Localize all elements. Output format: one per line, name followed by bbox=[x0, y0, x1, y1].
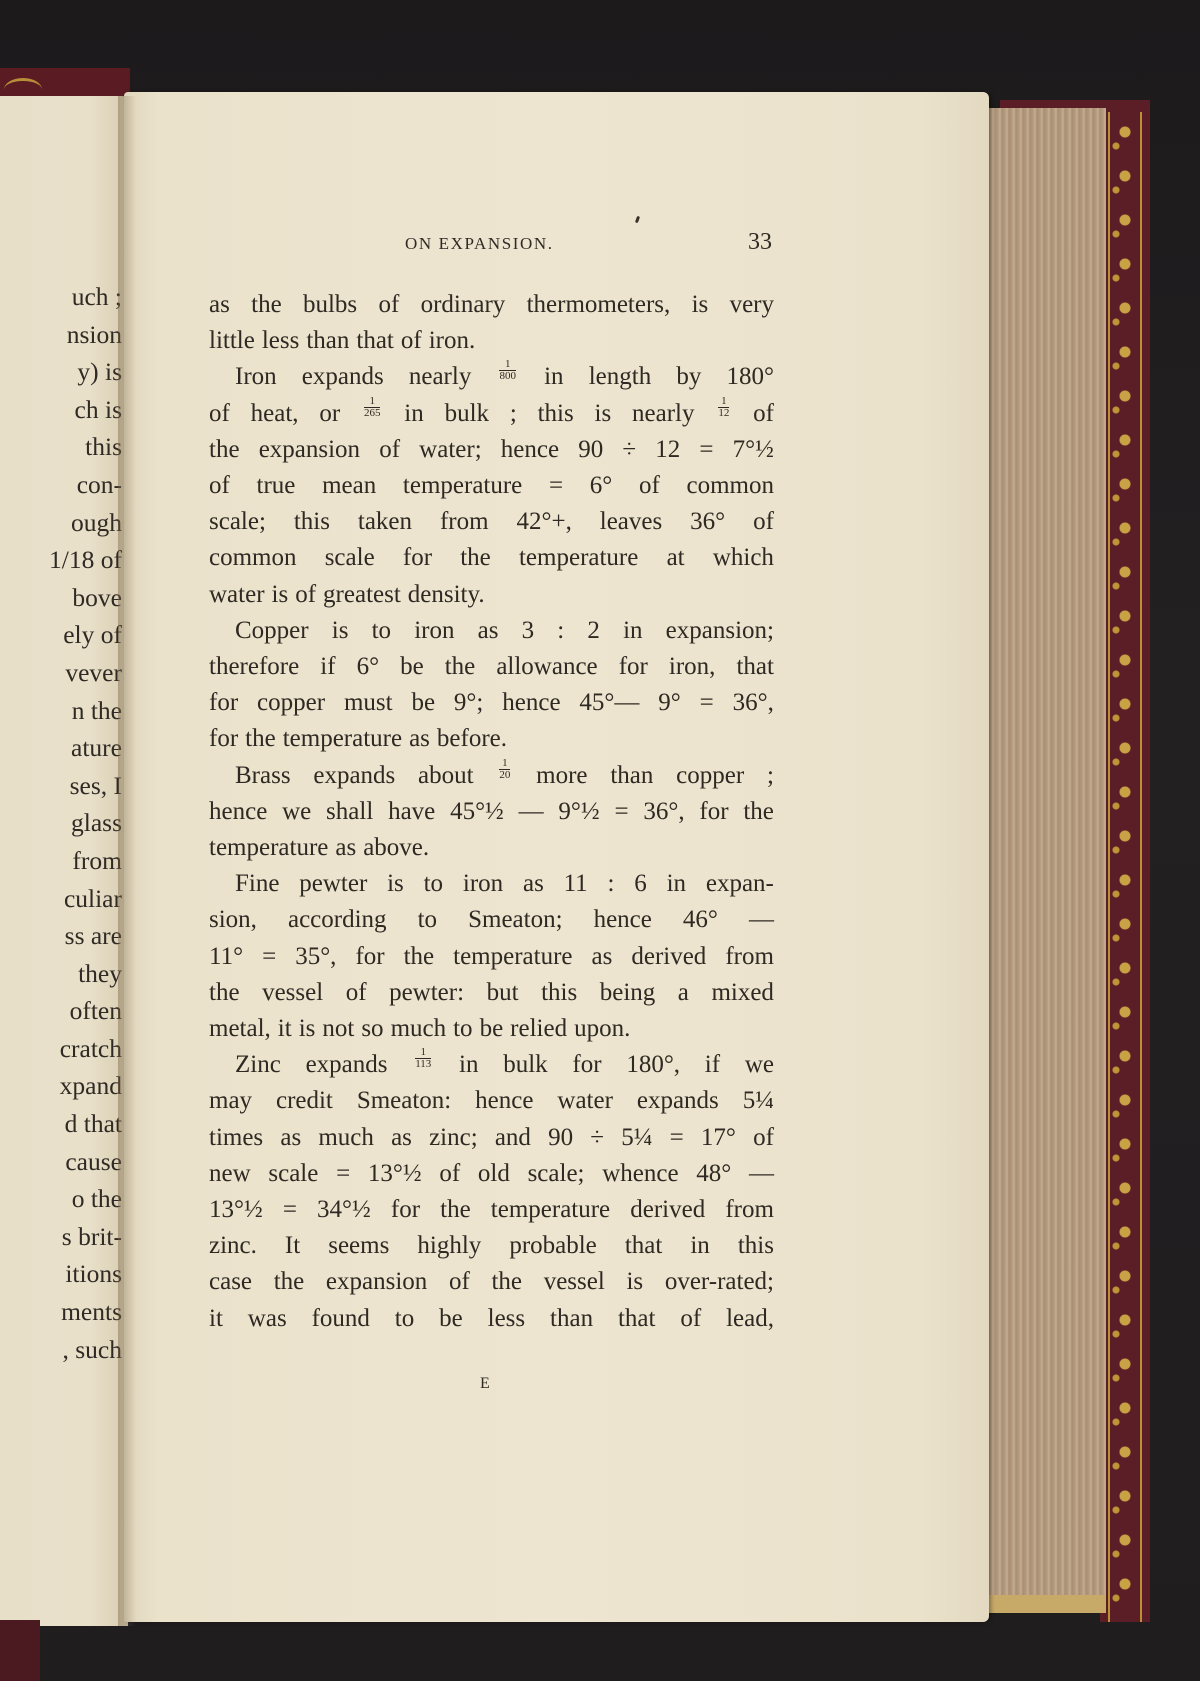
text-line: sion,accordingtoSmeaton;hence46°— bbox=[209, 902, 774, 938]
text-line: theexpansionofwater;hence90÷12=7°½ bbox=[209, 432, 774, 468]
gilt-edge-bottom bbox=[988, 1595, 1106, 1613]
left-line-fragment: y) is bbox=[0, 353, 122, 391]
left-line-fragment: from bbox=[0, 842, 122, 880]
left-line-fragment: glass bbox=[0, 804, 122, 842]
text-line: Ironexpandsnearly1800inlengthby180° bbox=[209, 359, 774, 395]
text-line: maycreditSmeaton:hencewaterexpands5¼ bbox=[209, 1083, 774, 1119]
left-line-fragment: 1/18 of bbox=[0, 541, 122, 579]
text-line: Zincexpands1113inbulkfor180°,ifwe bbox=[209, 1047, 774, 1083]
left-line-fragment: ments bbox=[0, 1293, 122, 1331]
left-page: uch ;nsiony) isch isthiscon-ough1/18 ofb… bbox=[0, 96, 128, 1626]
text-line: 11°=35°,forthetemperatureasderivedfrom bbox=[209, 939, 774, 975]
text-line: littlelessthanthatofiron. bbox=[209, 323, 774, 359]
left-line-fragment: n the bbox=[0, 692, 122, 730]
page-block-edges bbox=[988, 108, 1106, 1608]
left-line-fragment: culiar bbox=[0, 880, 122, 918]
left-line-fragment: cause bbox=[0, 1143, 122, 1181]
left-line-fragment: often bbox=[0, 992, 122, 1030]
text-line: newscale=13°½ofoldscale;whence48°— bbox=[209, 1156, 774, 1192]
left-line-fragment: xpand bbox=[0, 1067, 122, 1105]
left-line-fragment: they bbox=[0, 955, 122, 993]
signature-mark: E bbox=[480, 1375, 491, 1393]
text-line: itwasfoundtobelessthanthatoflead, bbox=[209, 1301, 774, 1337]
left-line-fragment: uch ; bbox=[0, 278, 122, 316]
text-line: asthebulbsofordinarythermometers,isvery bbox=[209, 287, 774, 323]
left-page-text: uch ;nsiony) isch isthiscon-ough1/18 ofb… bbox=[0, 278, 122, 1368]
text-line: Finepewteristoironas11:6inexpan- bbox=[209, 866, 774, 902]
text-line: commonscaleforthetemperatureatwhich bbox=[209, 540, 774, 576]
left-line-fragment: vever bbox=[0, 654, 122, 692]
left-line-fragment: ch is bbox=[0, 391, 122, 429]
fraction: 1113 bbox=[415, 1047, 431, 1083]
text-line: oftruemeantemperature=6°ofcommon bbox=[209, 468, 774, 504]
gutter-shadow bbox=[118, 96, 136, 1626]
page-number: 33 bbox=[748, 229, 772, 256]
left-line-fragment: d that bbox=[0, 1105, 122, 1143]
text-line: timesasmuchaszinc;and90÷5¼=17°of bbox=[209, 1120, 774, 1156]
text-line: casetheexpansionofthevesselisover-rated; bbox=[209, 1264, 774, 1300]
text-line: scale;thistakenfrom42°+,leaves36°of bbox=[209, 504, 774, 540]
text-line: thevesselofpewter:butthisbeingamixed bbox=[209, 975, 774, 1011]
running-head: ON EXPANSION. bbox=[405, 234, 554, 254]
left-line-fragment: ely of bbox=[0, 616, 122, 654]
left-line-fragment: ss are bbox=[0, 917, 122, 955]
left-line-fragment: bove bbox=[0, 579, 122, 617]
left-line-fragment: con- bbox=[0, 466, 122, 504]
text-line: henceweshallhave45°½—9°½=36°,forthe bbox=[209, 794, 774, 830]
left-line-fragment: itions bbox=[0, 1255, 122, 1293]
text-line: Brassexpandsabout120morethancopper; bbox=[209, 758, 774, 794]
text-line: metal,itisnotsomuchtobereliedupon. bbox=[209, 1011, 774, 1047]
fraction: 1800 bbox=[499, 359, 516, 395]
left-line-fragment: o the bbox=[0, 1180, 122, 1218]
fraction: 112 bbox=[718, 396, 729, 432]
text-line: temperatureasabove. bbox=[209, 830, 774, 866]
text-line: forcoppermustbe9°;hence45°—9°=36°, bbox=[209, 685, 774, 721]
fraction: 120 bbox=[499, 758, 510, 794]
text-line: forthetemperatureasbefore. bbox=[209, 721, 774, 757]
text-line: 13°½=34°½forthetemperaturederivedfrom bbox=[209, 1192, 774, 1228]
left-line-fragment: ature bbox=[0, 729, 122, 767]
left-line-fragment: this bbox=[0, 428, 122, 466]
text-line: Copperistoironas3:2inexpansion; bbox=[209, 613, 774, 649]
text-line: waterisofgreatestdensity. bbox=[209, 577, 774, 613]
body-text: asthebulbsofordinarythermometers,isveryl… bbox=[209, 287, 774, 1337]
gilt-vine-ornament-icon bbox=[1108, 112, 1142, 1622]
right-cover-spine bbox=[1100, 112, 1150, 1622]
left-line-fragment: , such bbox=[0, 1331, 122, 1369]
text-line: ofheat,or1265inbulk;thisisnearly112of bbox=[209, 396, 774, 432]
left-cover-bottom bbox=[0, 1620, 40, 1681]
fraction: 1265 bbox=[364, 396, 381, 432]
left-line-fragment: nsion bbox=[0, 316, 122, 354]
text-line: zinc.Itseemshighlyprobablethatinthis bbox=[209, 1228, 774, 1264]
left-line-fragment: s brit- bbox=[0, 1218, 122, 1256]
left-line-fragment: ses, I bbox=[0, 767, 122, 805]
text-line: thereforeif6°betheallowanceforiron,that bbox=[209, 649, 774, 685]
left-line-fragment: cratch bbox=[0, 1030, 122, 1068]
left-line-fragment: ough bbox=[0, 504, 122, 542]
